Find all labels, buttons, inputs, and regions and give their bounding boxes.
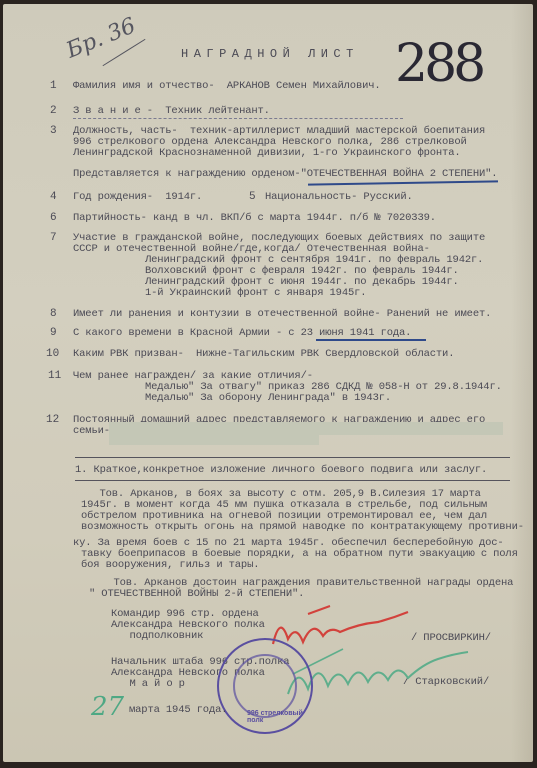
commander-name: / ПРОСВИРКИН/ (411, 632, 491, 644)
rule-bottom (75, 480, 510, 481)
field-11-number: 11 (48, 370, 61, 382)
field-8-wounds: Имеет ли ранения и контузии в отечествен… (73, 308, 491, 320)
field-7-number: 7 (50, 232, 57, 244)
field-12-number: 12 (46, 414, 59, 426)
award-sheet-page: Бр. 36 НАГРАДНОЙ ЛИСТ 288 1 Фамилия имя … (3, 4, 533, 762)
army-since-underline (316, 339, 426, 341)
field-3-position-line-3: Ленинградской Краснознаменной дивизии, 1… (73, 147, 461, 159)
field-2-rank: З в а н и е - Техник лейтенант. (73, 105, 270, 117)
field-12-line-2: семьи- (73, 425, 110, 437)
field-5-nationality: Национальность- Русский. (265, 191, 413, 203)
chief-signature-green (283, 644, 483, 704)
field-2-number: 2 (50, 105, 57, 117)
rule-top (75, 457, 510, 458)
field-3-number: 3 (50, 125, 57, 137)
stamp-text: 996 стрелковый полк (247, 710, 311, 724)
handwritten-corner-note: Бр. 36 (63, 13, 139, 63)
date-rest: марта 1945 года. (129, 704, 227, 716)
handwritten-number: 288 (395, 34, 482, 94)
nomination-line: Представляется к награждению орденом-"ОТ… (73, 168, 497, 180)
field-6-number: 6 (50, 212, 57, 224)
field-8-number: 8 (50, 308, 57, 320)
unit-stamp: 996 стрелковый полк (217, 638, 313, 734)
rank-underline (73, 118, 403, 119)
field-6-party: Партийность- канд в чл. ВКП/б с марта 19… (73, 212, 436, 224)
field-4-number: 4 (50, 191, 57, 203)
redacted-address-2 (109, 434, 319, 445)
nomination-underline (308, 180, 498, 185)
field-4-birth-year: Год рождения- 1914г. (73, 191, 202, 203)
narrative-line-7: боя вооружения, гильз и тары. (81, 559, 259, 571)
field-7-front-4: 1-й Украинский фронт с января 1945г. (145, 287, 366, 299)
field-1-fullname: Фамилия имя и отчество- АРКАНОВ Семен Ми… (73, 80, 381, 92)
field-10-draft-office: Каким РВК призван- Нижне-Тагильским РВК … (73, 348, 454, 360)
field-9-number: 9 (50, 327, 57, 339)
field-11-medal-2: Медалью" За оборону Ленинграда" в 1943г. (145, 392, 391, 404)
date-day-handwritten: 27 (91, 692, 124, 722)
conclusion-line-2: " ОТЕЧЕСТВЕННОЙ ВОЙНЫ 2-й СТЕПЕНИ". (89, 588, 304, 600)
document-title: НАГРАДНОЙ ЛИСТ (181, 47, 359, 61)
section-heading: 1. Краткое,конкретное изложение личного … (75, 464, 487, 476)
narrative-line-4: возможность открыть огонь на прямой наво… (81, 521, 524, 533)
field-1-number: 1 (50, 80, 57, 92)
field-10-number: 10 (46, 348, 59, 360)
chief-rank: М а й о р (111, 678, 185, 690)
commander-rank: подполковник (111, 630, 203, 642)
field-5-number: 5 (249, 191, 256, 203)
field-9-army-since: С какого времени в Красной Армии - с 23 … (73, 327, 411, 339)
